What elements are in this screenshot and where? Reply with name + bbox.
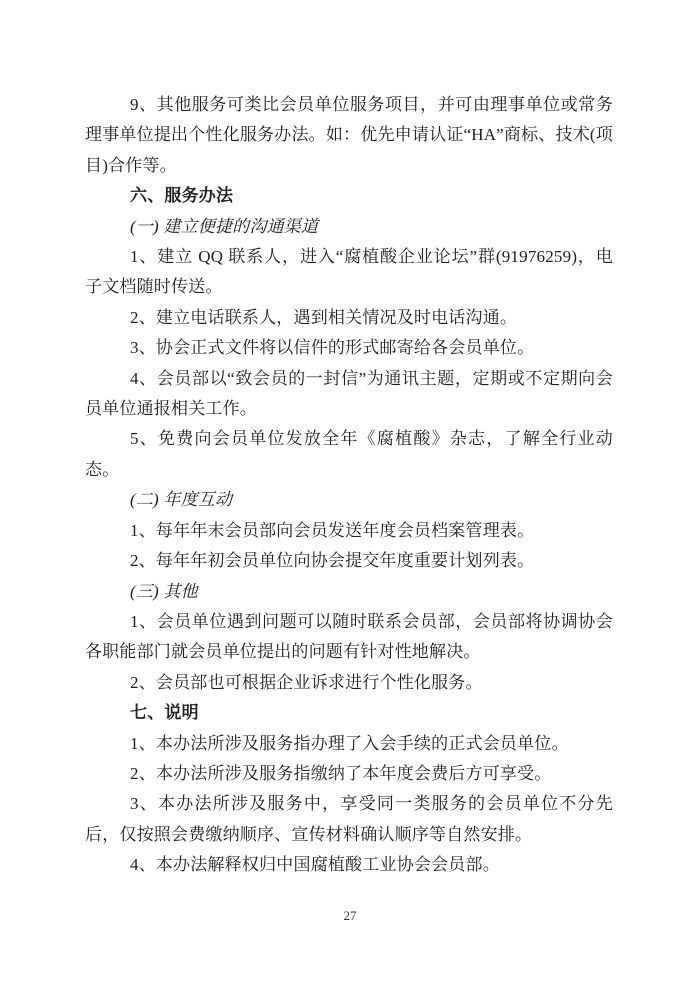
section-heading: 七、说明 (85, 698, 613, 728)
paragraph: 4、会员部以“致会员的一封信”为通讯主题，定期或不定期向会员单位通报相关工作。 (85, 364, 613, 425)
paragraph: 1、每年年末会员部向会员发送年度会员档案管理表。 (85, 516, 613, 546)
section-subheading: (二) 年度互动 (85, 485, 613, 515)
paragraph: 1、本办法所涉及服务指办理了入会手续的正式会员单位。 (85, 729, 613, 759)
paragraph: 4、本办法解释权归中国腐植酸工业协会会员部。 (85, 850, 613, 880)
paragraph: 2、会员部也可根据企业诉求进行个性化服务。 (85, 668, 613, 698)
section-subheading: (三) 其他 (85, 577, 613, 607)
document-body: 9、其他服务可类比会员单位服务项目，并可由理事单位或常务理事单位提出个性化服务办… (85, 90, 613, 881)
paragraph: 3、协会正式文件将以信件的形式邮寄给各会员单位。 (85, 333, 613, 363)
paragraph: 5、免费向会员单位发放全年《腐植酸》杂志，了解全行业动态。 (85, 424, 613, 485)
paragraph: 2、建立电话联系人，遇到相关情况及时电话沟通。 (85, 303, 613, 333)
paragraph: 9、其他服务可类比会员单位服务项目，并可由理事单位或常务理事单位提出个性化服务办… (85, 90, 613, 181)
paragraph: 1、建立 QQ 联系人，进入“腐植酸企业论坛”群(91976259)，电子文档随… (85, 242, 613, 303)
paragraph: 2、每年年初会员单位向协会提交年度重要计划列表。 (85, 546, 613, 576)
paragraph: 2、本办法所涉及服务指缴纳了本年度会费后方可享受。 (85, 759, 613, 789)
document-page: 9、其他服务可类比会员单位服务项目，并可由理事单位或常务理事单位提出个性化服务办… (0, 0, 700, 990)
section-heading: 六、服务办法 (85, 181, 613, 211)
page-number: 27 (0, 908, 700, 924)
paragraph: 1、会员单位遇到问题可以随时联系会员部，会员部将协调协会各职能部门就会员单位提出… (85, 607, 613, 668)
section-subheading: (一) 建立便捷的沟通渠道 (85, 212, 613, 242)
paragraph: 3、本办法所涉及服务中，享受同一类服务的会员单位不分先后，仅按照会费缴纳顺序、宣… (85, 789, 613, 850)
